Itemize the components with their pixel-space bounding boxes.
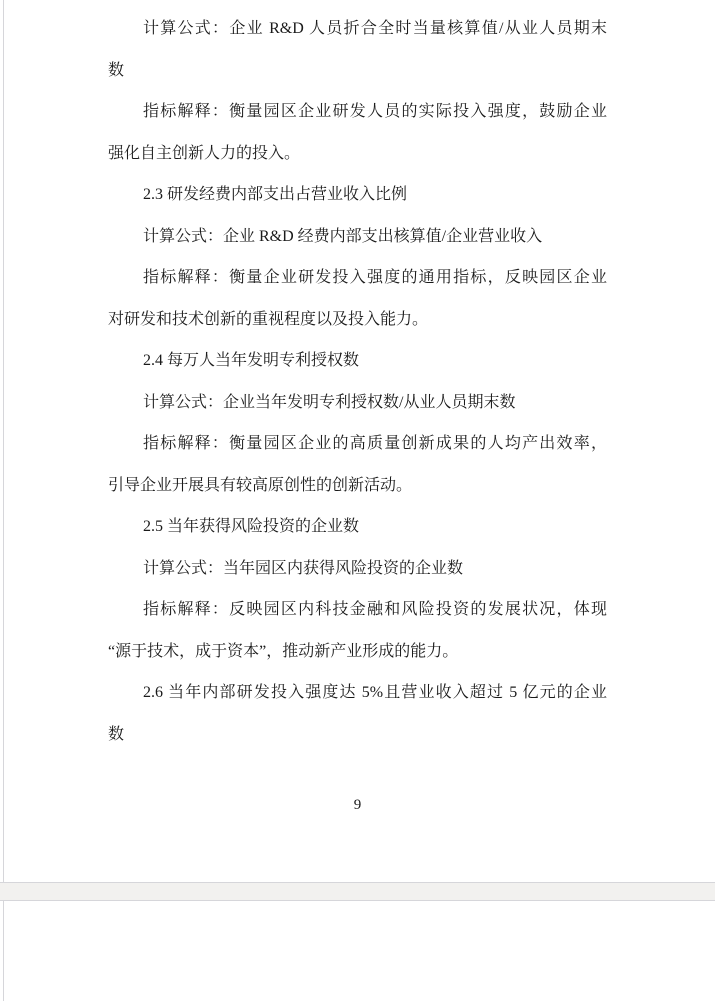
document-viewport: { "ui": { "colors": { "page_background":… xyxy=(0,0,715,1001)
page-gap xyxy=(0,882,715,901)
section-heading-line: 2.4 每万人当年发明专利授权数 xyxy=(108,340,607,382)
formula-line: 计算公式：企业 R&D 人员折合全时当量核算值/从业人员期末 xyxy=(108,8,607,50)
section-heading-line: 数 xyxy=(108,714,607,756)
document-page-next xyxy=(3,901,715,1001)
explanation-line: 指标解释：衡量园区企业研发人员的实际投入强度，鼓励企业 xyxy=(108,91,607,133)
explanation-line: 引导企业开展具有较高原创性的创新活动。 xyxy=(108,465,607,507)
explanation-line: 指标解释：衡量企业研发投入强度的通用指标，反映园区企业 xyxy=(108,257,607,299)
explanation-line: 指标解释：反映园区内科技金融和风险投资的发展状况，体现 xyxy=(108,589,607,631)
explanation-line: “源于技术，成于资本”，推动新产业形成的能力。 xyxy=(108,631,607,673)
explanation-line: 对研发和技术创新的重视程度以及投入能力。 xyxy=(108,299,607,341)
formula-line: 计算公式：当年园区内获得风险投资的企业数 xyxy=(108,548,607,590)
explanation-line: 强化自主创新人力的投入。 xyxy=(108,133,607,175)
section-heading-line: 2.6 当年内部研发投入强度达 5%且营业收入超过 5 亿元的企业 xyxy=(108,672,607,714)
explanation-line: 指标解释：衡量园区企业的高质量创新成果的人均产出效率， xyxy=(108,423,607,465)
formula-line: 数 xyxy=(108,50,607,92)
formula-line: 计算公式：企业 R&D 经费内部支出核算值/企业营业收入 xyxy=(108,216,607,258)
formula-line: 计算公式：企业当年发明专利授权数/从业人员期末数 xyxy=(108,382,607,424)
page-number: 9 xyxy=(108,795,607,815)
section-heading-line: 2.5 当年获得风险投资的企业数 xyxy=(108,506,607,548)
page-text: 计算公式：企业 R&D 人员折合全时当量核算值/从业人员期末数指标解释：衡量园区… xyxy=(108,8,607,755)
section-heading-line: 2.3 研发经费内部支出占营业收入比例 xyxy=(108,174,607,216)
